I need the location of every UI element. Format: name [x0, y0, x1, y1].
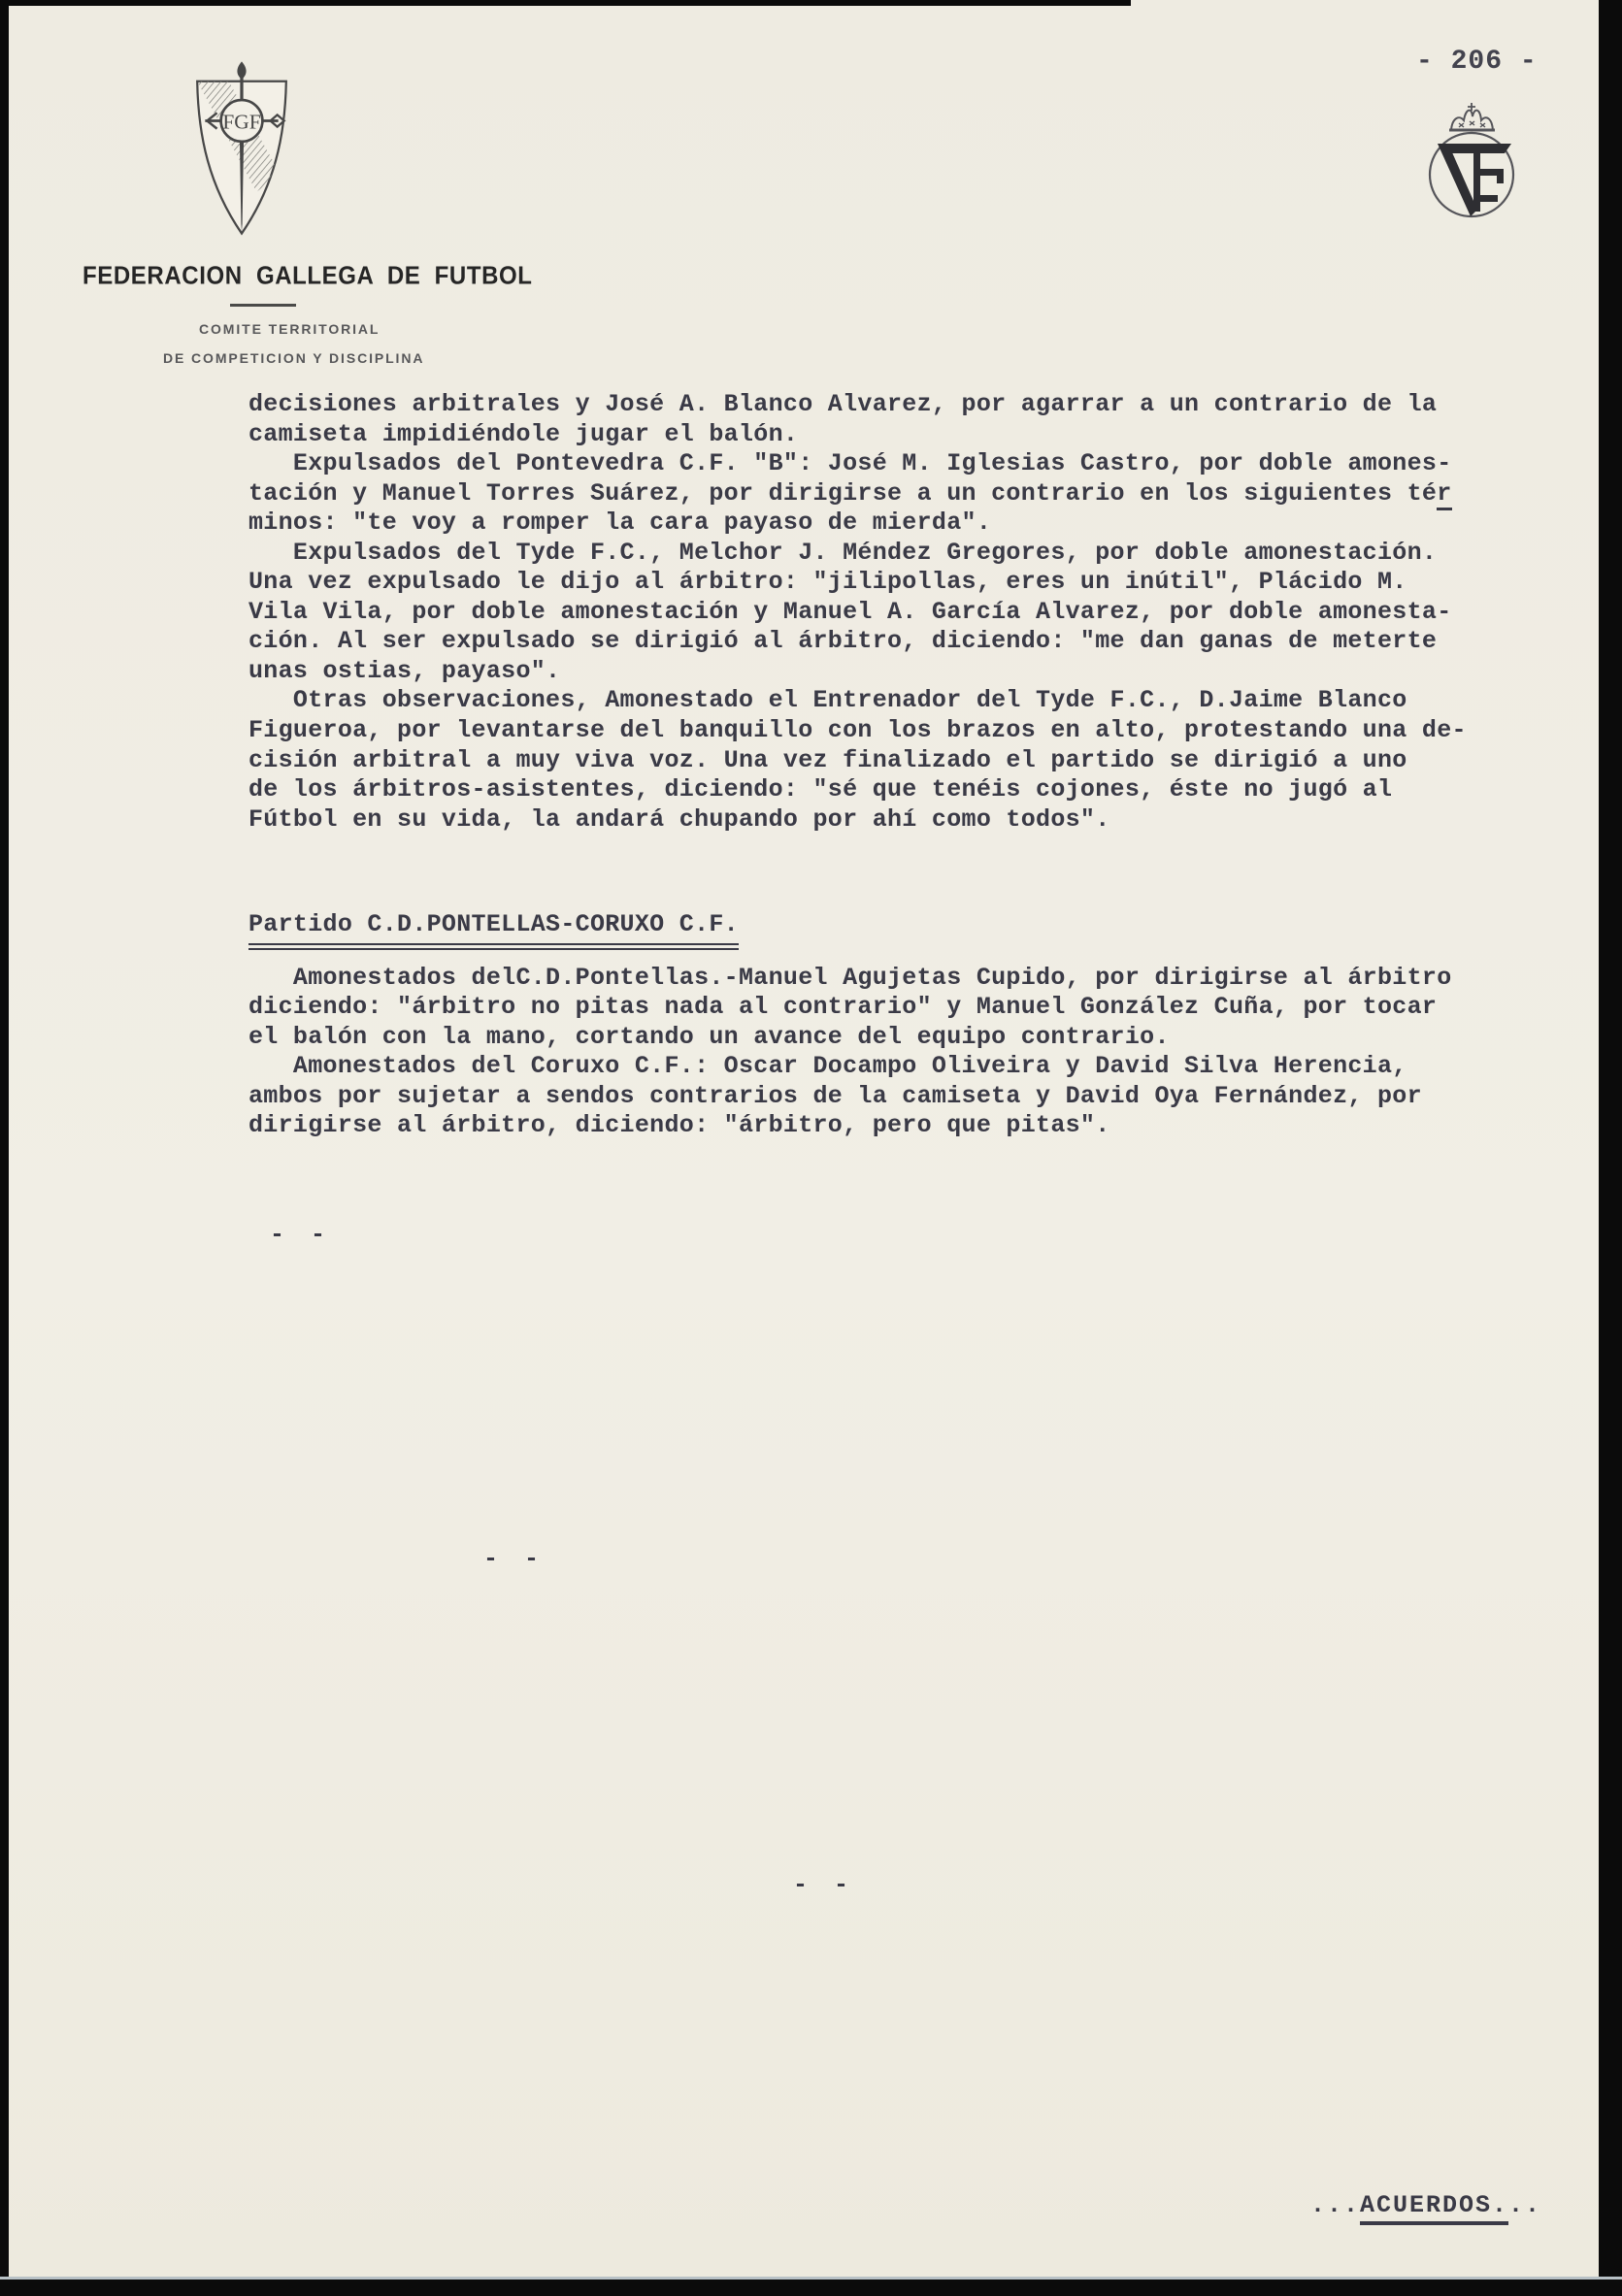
scan-edge-top	[0, 0, 1131, 6]
text-line: de los árbitros-asistentes, diciendo: "s…	[248, 775, 1539, 805]
crowned-federation-logo	[1419, 93, 1524, 227]
body-text: decisiones arbitrales y José A. Blanco A…	[248, 390, 1539, 1141]
paragraph: Amonestados del Coruxo C.F.: Oscar Docam…	[248, 1052, 1539, 1141]
match-heading: Partido C.D.PONTELLAS-CORUXO C.F.	[248, 910, 739, 950]
text-line: Otras observaciones, Amonestado el Entre…	[248, 686, 1539, 716]
text-line: decisiones arbitrales y José A. Blanco A…	[248, 390, 1539, 420]
text-line: tación y Manuel Torres Suárez, por dirig…	[248, 479, 1539, 509]
text-line: Expulsados del Tyde F.C., Melchor J. Mén…	[248, 539, 1539, 569]
shield-monogram: FGF	[222, 111, 260, 134]
paragraph: Otras observaciones, Amonestado el Entre…	[248, 686, 1539, 835]
footer-dots-leading: ...	[1310, 2191, 1360, 2219]
document-page: - 206 - FGF FEDERACION GALLEGA DE FUTBOL…	[0, 0, 1622, 2296]
footer-continuation: ...ACUERDOS...	[1310, 2191, 1541, 2219]
body-section-1: decisiones arbitrales y José A. Blanco A…	[248, 390, 1539, 835]
text-line: Fútbol en su vida, la andará chupando po…	[248, 805, 1539, 836]
federation-shield-logo: FGF	[187, 58, 296, 239]
sword-pommel-icon	[237, 61, 246, 79]
header-rule	[230, 304, 296, 307]
paragraph: Expulsados del Tyde F.C., Melchor J. Mén…	[248, 539, 1539, 687]
body-section-2: Amonestados delC.D.Pontellas.-Manuel Agu…	[248, 964, 1539, 1141]
paragraph: Amonestados delC.D.Pontellas.-Manuel Agu…	[248, 964, 1539, 1053]
paragraph: decisiones arbitrales y José A. Blanco A…	[248, 390, 1539, 449]
text-line: Vila Vila, por doble amonestación y Manu…	[248, 598, 1539, 628]
text-line: cisión arbitral a muy viva voz. Una vez …	[248, 746, 1539, 776]
org-title: FEDERACION GALLEGA DE FUTBOL	[83, 262, 533, 291]
text-line: Expulsados del Pontevedra C.F. "B": José…	[248, 449, 1539, 479]
committee-line-2: DE COMPETICION Y DISCIPLINA	[163, 350, 424, 366]
footer-word: ACUERDOS.	[1360, 2191, 1508, 2225]
text-line: Figueroa, por levantarse del banquillo c…	[248, 716, 1539, 746]
paragraph: Expulsados del Pontevedra C.F. "B": José…	[248, 449, 1539, 539]
page-number: - 206 -	[1416, 47, 1538, 77]
footer-dots-trailing: ..	[1508, 2191, 1541, 2219]
scan-edge-left	[0, 0, 9, 2296]
text-line: el balón con la mano, cortando un avance…	[248, 1023, 1539, 1053]
scan-edge-right	[1599, 0, 1622, 2296]
text-line: unas ostias, payaso".	[248, 657, 1539, 687]
crown-icon	[1449, 103, 1495, 130]
text-line: Amonestados del Coruxo C.F.: Oscar Docam…	[248, 1052, 1539, 1082]
text-line: diciendo: "árbitro no pitas nada al cont…	[248, 993, 1539, 1023]
separator-dashes: - -	[483, 1545, 545, 1573]
text-line: minos: "te voy a romper la cara payaso d…	[248, 508, 1539, 539]
text-line: Una vez expulsado le dijo al árbitro: "j…	[248, 568, 1539, 598]
text-line: ambos por sujetar a sendos contrarios de…	[248, 1082, 1539, 1112]
committee-line-1: COMITE TERRITORIAL	[199, 321, 380, 337]
text-line: dirigirse al árbitro, diciendo: "árbitro…	[248, 1111, 1539, 1141]
separator-dashes: - -	[270, 1221, 331, 1249]
separator-dashes: - -	[793, 1871, 854, 1899]
text-line: Amonestados delC.D.Pontellas.-Manuel Agu…	[248, 964, 1539, 994]
text-line: camiseta impidiéndole jugar el balón.	[248, 420, 1539, 450]
text-line: ción. Al ser expulsado se dirigió al árb…	[248, 627, 1539, 657]
scan-edge-bottom	[0, 2280, 1622, 2296]
